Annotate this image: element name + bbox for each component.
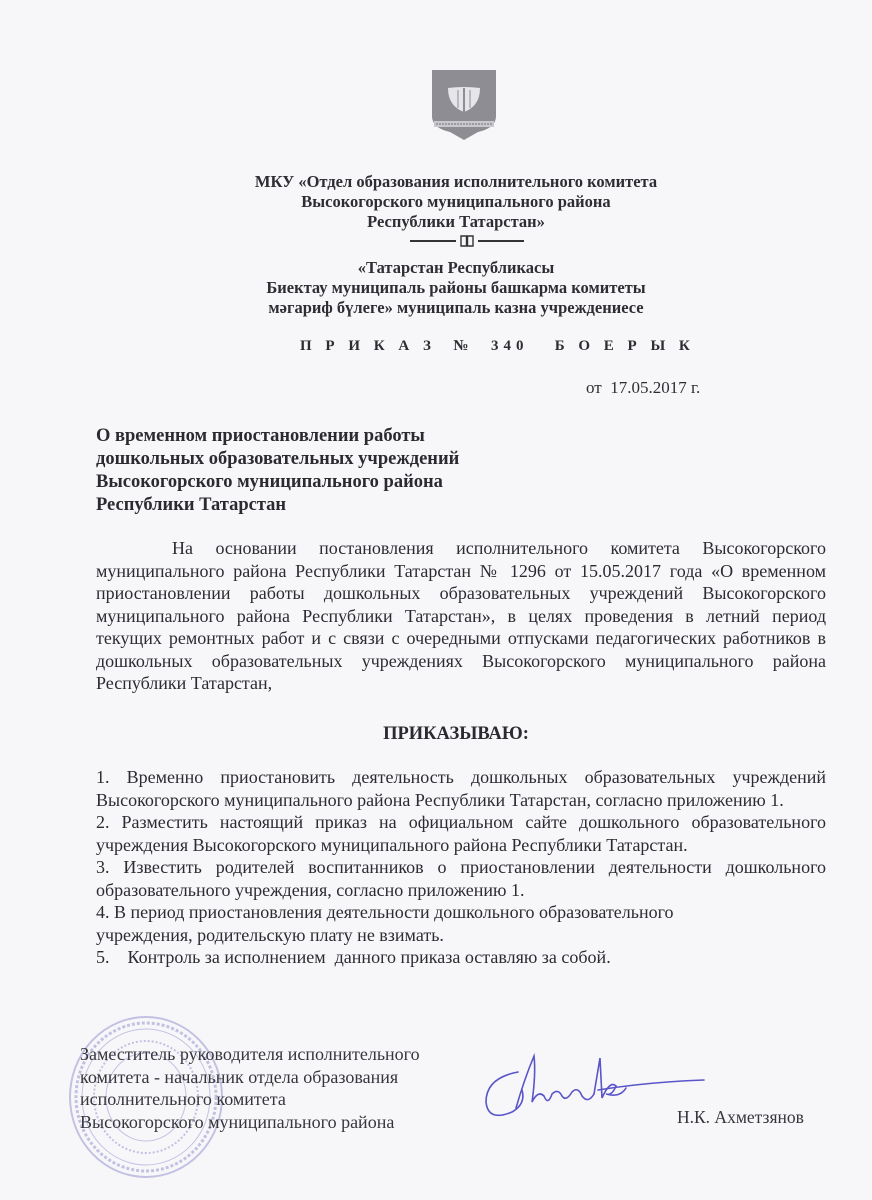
coat-of-arms-icon — [428, 66, 500, 142]
position-line-4: Высокогорского муниципального района — [80, 1111, 420, 1134]
org-tt-line-3: мәгариф бүлеге» муниципаль казна учрежде… — [20, 298, 872, 318]
org-tt-line-2: Биектау муниципаль районы башкарма комит… — [20, 278, 872, 298]
preamble-paragraph: На основании постановления исполнительно… — [96, 537, 826, 695]
subject-line-4: Республики Татарстан — [96, 494, 459, 517]
open-book-icon — [460, 235, 474, 247]
order-items-list: 1. Временно приостановить деятельность д… — [96, 766, 826, 969]
order-title: П Р И К А З № 340 Б О Е Р Ы К — [300, 338, 695, 355]
organization-name-ru: МКУ «Отдел образования исполнительного к… — [20, 172, 872, 232]
signatory-position: Заместитель руководителя исполнительного… — [80, 1043, 420, 1133]
subject-line-1: О временном приостановлении работы — [96, 425, 459, 448]
order-item-1: 1. Временно приостановить деятельность д… — [96, 766, 826, 811]
position-line-2: комитета - начальник отдела образования — [80, 1066, 420, 1089]
divider-line-right — [478, 240, 524, 242]
handwritten-signature — [478, 1050, 708, 1130]
header-divider — [397, 234, 537, 248]
organization-name-tt: «Татарстан Республикасы Биектау муниципа… — [20, 258, 872, 318]
order-item-5: 5. Контроль за исполнением данного прика… — [96, 946, 826, 969]
position-line-3: исполнительного комитета — [80, 1088, 420, 1111]
order-item-3: 3. Известить родителей воспитанников о п… — [96, 856, 826, 901]
position-line-1: Заместитель руководителя исполнительного — [80, 1043, 420, 1066]
order-item-4: 4. В период приостановления деятельности… — [96, 901, 766, 946]
order-date: от 17.05.2017 г. — [586, 378, 700, 398]
org-ru-line-3: Республики Татарстан» — [20, 212, 872, 232]
org-ru-line-2: Высокогорского муниципального района — [20, 192, 872, 212]
org-tt-line-1: «Татарстан Республикасы — [20, 258, 872, 278]
org-ru-line-1: МКУ «Отдел образования исполнительного к… — [20, 172, 872, 192]
decree-heading: ПРИКАЗЫВАЮ: — [0, 724, 872, 745]
subject-line-3: Высокогорского муниципального района — [96, 471, 459, 494]
order-item-2: 2. Разместить настоящий приказ на официа… — [96, 811, 826, 856]
divider-line-left — [410, 240, 456, 242]
order-subject: О временном приостановлении работы дошко… — [96, 425, 459, 517]
signatory-name: Н.К. Ахметзянов — [677, 1107, 804, 1128]
document-page: МКУ «Отдел образования исполнительного к… — [0, 0, 872, 1200]
subject-line-2: дошкольных образовательных учреждений — [96, 448, 459, 471]
